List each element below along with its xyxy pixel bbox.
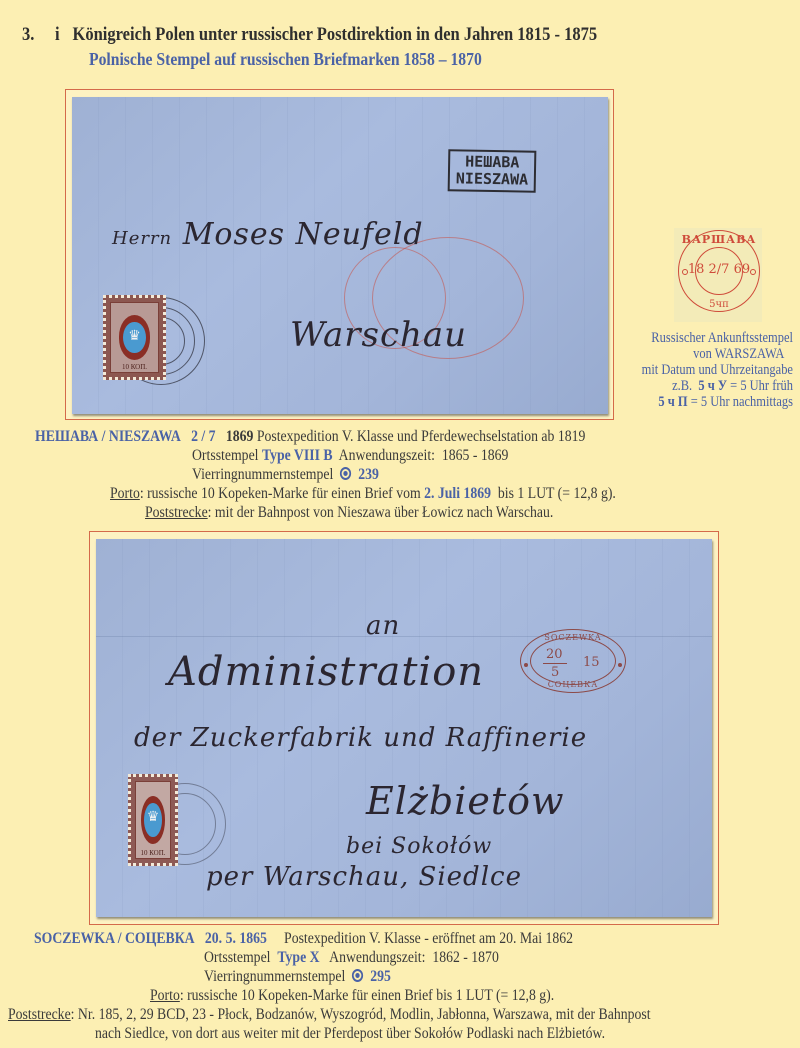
- section-letter: i: [55, 24, 72, 46]
- cover1-address-line2: Warschau: [290, 315, 467, 355]
- oval-cancel-bottom: СОЦЕВКА: [521, 680, 625, 689]
- porto-label: Porto: [110, 485, 140, 502]
- example-prefix: z.B.: [672, 378, 692, 394]
- cover1-caption-line1: НЕШАВА / NIESZAWA 2 / 7 1869 Postexpedit…: [35, 428, 585, 446]
- cover2-address-line6: per Warschau, Siedlce: [206, 862, 522, 892]
- warsaw-arrival-postmark[interactable]: ВАРШАВА 18 2/7 69 5чп: [678, 230, 760, 312]
- cover1-caption-line2: Ortsstempel Type VIII B Anwendungszeit: …: [192, 447, 508, 465]
- stamp-value: 10 КОП.: [106, 363, 163, 371]
- oval-cancel-top: SOCZEWKA: [521, 633, 625, 642]
- ortsstempel-label: Ortsstempel: [192, 447, 259, 464]
- arrival-note-line3: mit Datum und Uhrzeitangabe: [642, 362, 793, 378]
- porto-label: Porto: [150, 987, 180, 1004]
- cover1-caption-porto: Porto: russische 10 Kopeken-Marke für ei…: [110, 485, 616, 503]
- cover2-place: SOCZEWKA / СОЦЕВКА: [34, 930, 195, 947]
- cover2-caption-route: Poststrecke: Nr. 185, 2, 29 BCD, 23 - Pł…: [8, 1006, 651, 1024]
- cover2-address-line5: bei Sokołów: [346, 834, 492, 859]
- cover1-address-line1: Herrn Moses Neufeld: [112, 217, 424, 252]
- cover1-porto-rest: bis 1 LUT (= 12,8 g).: [498, 485, 616, 502]
- postmark-time: 5чп: [679, 299, 759, 310]
- cover2-caption-route2: nach Siedlce, von dort aus weiter mit de…: [95, 1025, 605, 1043]
- stamp-value: 10 КОП.: [131, 849, 175, 857]
- cover2-desc: Postexpedition V. Klasse - eröffnet am 2…: [284, 930, 573, 947]
- title-text: Königreich Polen unter russischer Postdi…: [72, 24, 597, 45]
- addr-salutation: Herrn: [112, 228, 172, 249]
- postmark-date: 18 2/7 69: [679, 262, 759, 277]
- cover1-usage: 1865 - 1869: [442, 447, 509, 464]
- addr-name: Moses Neufeld: [183, 217, 424, 252]
- cover1-caption-route: Poststrecke: mit der Bahnpost von Niesza…: [145, 504, 553, 522]
- cover1-date: 2 / 7: [191, 428, 215, 445]
- eagle-icon: ♛: [106, 330, 163, 344]
- cover2-postage-stamp[interactable]: ♛ 10 КОП.: [128, 774, 178, 866]
- cover2-date: 20. 5. 1865: [205, 930, 267, 947]
- cover1-place: НЕШАВА / NIESZAWA: [35, 428, 181, 445]
- oval-cancel-hour: 15: [583, 655, 600, 670]
- vierring-label: Vierringnummernstempel: [192, 466, 333, 483]
- cover1-vierring-number: 239: [358, 466, 379, 483]
- route-label: Poststrecke: [8, 1006, 71, 1023]
- cover2-caption-line1: SOCZEWKA / СОЦЕВКА 20. 5. 1865 Postexped…: [34, 930, 573, 948]
- cover1-porto-date: 2. Juli 1869: [424, 485, 491, 502]
- cover2-porto-text: : russische 10 Kopeken-Marke für einen B…: [180, 987, 554, 1004]
- example2-text: = 5 Uhr nachmittags: [688, 394, 793, 410]
- cover2-route-text: : Nr. 185, 2, 29 BCD, 23 - Płock, Bodzan…: [71, 1006, 651, 1023]
- cover2-vierring-number: 295: [370, 968, 391, 985]
- cover2-address-line3: der Zuckerfabrik und Raffinerie: [134, 723, 587, 753]
- cover1-caption-line3: Vierringnummernstempel 239: [192, 466, 379, 484]
- usage-label: Anwendungszeit:: [329, 949, 425, 966]
- cover2-caption-porto: Porto: russische 10 Kopeken-Marke für ei…: [150, 987, 554, 1005]
- cover1-box-cancel: НЕШАВА NIESZAWA: [448, 149, 537, 193]
- target-rings-icon: [352, 969, 363, 982]
- usage-label: Anwendungszeit:: [339, 447, 435, 464]
- page-title: 3.iKönigreich Polen unter russischer Pos…: [22, 24, 597, 46]
- ortsstempel-label: Ortsstempel: [204, 949, 271, 966]
- box-cancel-line2: NIESZAWA: [456, 170, 529, 188]
- cover2-address-line4: Elżbietów: [366, 779, 565, 823]
- eagle-icon: ♛: [131, 811, 175, 825]
- arrival-note: Russischer Ankunftsstempel von WARSZAWA …: [642, 330, 793, 410]
- cover2-usage: 1862 - 1870: [432, 949, 499, 966]
- cover1-letter[interactable]: НЕШАВА NIESZAWA Herrn Moses Neufeld Wars…: [72, 97, 608, 414]
- oval-cancel-day: 20: [546, 647, 563, 662]
- cover2-address-line1: an: [366, 611, 400, 641]
- route-label: Poststrecke: [145, 504, 208, 521]
- arrival-note-example2: 5 ч П = 5 Uhr nachmittags: [642, 394, 793, 410]
- cover1-porto-text: : russische 10 Kopeken-Marke für einen B…: [140, 485, 421, 502]
- example1-code: 5 ч У: [698, 378, 727, 394]
- cover2-caption-line3: Vierringnummernstempel 295: [204, 968, 391, 986]
- cover1-route-text: : mit der Bahnpost von Nieszawa über Łow…: [208, 504, 554, 521]
- arrival-note-line1: Russischer Ankunftsstempel: [642, 330, 793, 346]
- postmark-city: ВАРШАВА: [679, 233, 759, 246]
- target-rings-icon: [340, 467, 351, 480]
- soczewka-oval-cancel: SOCZEWKA 20 5 15 СОЦЕВКА: [520, 629, 626, 693]
- arrival-note-line2: von WARSZAWA: [642, 346, 793, 362]
- oval-cancel-month: 5: [551, 665, 559, 680]
- cover2-address-line2: Administration: [168, 649, 484, 695]
- vierring-label: Vierringnummernstempel: [204, 968, 345, 985]
- page-subtitle: Polnische Stempel auf russischen Briefma…: [89, 49, 482, 70]
- example1-text: = 5 Uhr früh: [727, 378, 793, 394]
- arrival-note-example1: z.B. 5 ч У = 5 Uhr früh: [642, 378, 793, 394]
- cover2-type: Type X: [277, 949, 319, 966]
- example2-code: 5 ч П: [658, 394, 687, 410]
- cover1-year: 1869: [226, 428, 254, 445]
- cover2-letter[interactable]: SOCZEWKA 20 5 15 СОЦЕВКА an Administrati…: [96, 539, 712, 917]
- cover1-type: Type VIII B: [262, 447, 333, 464]
- cover1-postage-stamp[interactable]: ♛ 10 КОП.: [103, 295, 166, 380]
- cover1-desc: Postexpedition V. Klasse und Pferdewechs…: [257, 428, 586, 445]
- cover2-caption-line2: Ortsstempel Type X Anwendungszeit: 1862 …: [204, 949, 499, 967]
- section-number: 3.: [22, 24, 55, 46]
